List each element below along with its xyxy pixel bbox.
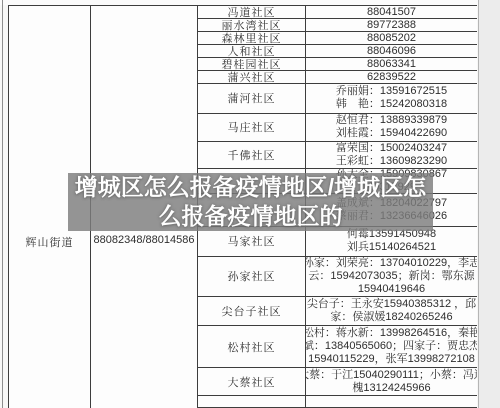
- contact-line: 88063341: [367, 58, 416, 70]
- community-contact-cell: 大蔡：于江15040290111；小蔡：冯述槐13124245966: [306, 368, 477, 395]
- community-contact-cell: 尖台子：王永安15940385312 ，邱家：侯淑媛18240265246: [306, 297, 477, 325]
- table-row: 松村社区松村：蒋水新：13998264516，秦艳斌：13840565060；四…: [198, 326, 477, 369]
- community-contact-cell: 89772388: [306, 19, 477, 31]
- community-contact-cell: 松村：蒋水新：13998264516，秦艳斌：13840565060；四家子：贾…: [306, 326, 477, 368]
- table-row: 千佛社区富荣国：15002403247王彩虹：13609823290: [198, 142, 477, 169]
- community-name-cell: 孙家社区: [198, 257, 306, 296]
- page-left-border: [2, 0, 3, 408]
- contact-line: 松村：蒋水新：13998264516，秦艳: [306, 327, 477, 340]
- street-phone: 88082348/88014586: [91, 234, 197, 246]
- community-contact-cell: 88085202: [306, 32, 477, 44]
- table-row: [198, 396, 477, 408]
- contact-line: 斌：13840565060；四家子：贾忠杰: [306, 340, 477, 353]
- community-name-cell: 大蔡社区: [198, 368, 306, 395]
- table-row: 大蔡社区大蔡：于江15040290111；小蔡：冯述槐13124245966: [198, 368, 477, 396]
- community-name-cell: 蒲兴社区: [198, 71, 306, 83]
- community-name-cell: 蒲河社区: [198, 84, 306, 113]
- community-name-cell: 马庄社区: [198, 114, 306, 141]
- contact-line: 富荣国：15002403247: [336, 142, 447, 155]
- page-right-margin: [478, 0, 500, 408]
- contact-line: 刘兵15140264521: [347, 241, 436, 254]
- community-name-cell: 千佛社区: [198, 142, 306, 168]
- contact-line: 尖台子：王永安15940385312 ，邱: [307, 298, 476, 311]
- community-contact-cell: [306, 396, 477, 407]
- watermark-text-line1: 增城区怎么报备疫情地区/增城区怎: [75, 173, 426, 202]
- community-contact-cell: 孙家：刘荣亮：13704010229，李志云：15942073035；新岗：鄂东…: [306, 257, 477, 296]
- table-row: 尖台子社区尖台子：王永安15940385312 ，邱家：侯淑媛182402652…: [198, 297, 477, 326]
- contact-line: 89772388: [367, 19, 416, 31]
- street-name: 辉山街道: [9, 234, 90, 250]
- watermark-banner: 增城区怎么报备疫情地区/增城区怎 么报备疫情地区的: [68, 173, 433, 231]
- contact-line: 家：侯淑媛18240265246: [330, 311, 452, 324]
- screenshot-root: 辉山街道 88082348/88014586 冯道社区88041507丽水湾社区…: [0, 0, 500, 408]
- contact-line: 王彩虹：13609823290: [336, 155, 447, 168]
- contact-line: 大蔡：于江15040290111；小蔡：冯述: [306, 369, 477, 382]
- contact-line: 88041507: [367, 6, 416, 18]
- community-contact-cell: 赵恒君：13889339879刘桂霞：15940422690: [306, 114, 477, 141]
- table-row: 蒲兴社区62839522: [198, 71, 477, 84]
- table-row: 马庄社区赵恒君：13889339879刘桂霞：15940422690: [198, 114, 477, 142]
- contact-line: 槐13124245966: [352, 382, 430, 395]
- contact-line: 15940419646: [358, 283, 425, 296]
- community-name-cell: 尖台子社区: [198, 297, 306, 325]
- community-contact-cell: 富荣国：15002403247王彩虹：13609823290: [306, 142, 477, 168]
- contact-line: 韩 艳：15242080318: [336, 98, 447, 111]
- community-name-cell: 松村社区: [198, 326, 306, 368]
- watermark-text-line2: 么报备疫情地区的: [159, 202, 343, 231]
- contact-line: 乔丽娟：13591672515: [336, 85, 447, 98]
- contact-line: 刘桂霞：15940422690: [336, 127, 447, 140]
- community-name-cell: [198, 396, 306, 407]
- contact-line: 赵恒君：13889339879: [336, 114, 447, 127]
- table-row: 蒲河社区乔丽娟：13591672515韩 艳：15242080318: [198, 84, 477, 114]
- contact-line: 云：15942073035；新岗：鄂东源: [308, 270, 474, 283]
- contact-line: 88085202: [367, 32, 416, 44]
- community-contact-cell: 88041507: [306, 6, 477, 18]
- community-contact-cell: 何霉13591450948刘兵15140264521: [306, 227, 477, 256]
- community-contact-cell: 88063341: [306, 58, 477, 70]
- contact-line: 15940115229，张军13998272108: [308, 353, 475, 366]
- table-row: 马家社区何霉13591450948刘兵15140264521: [198, 227, 477, 257]
- community-contact-cell: 62839522: [306, 71, 477, 83]
- community-name-cell: 马家社区: [198, 227, 306, 256]
- community-contact-cell: 88046096: [306, 45, 477, 57]
- contact-line: 孙家：刘荣亮：13704010229，李志: [306, 257, 477, 270]
- community-contact-cell: 乔丽娟：13591672515韩 艳：15242080318: [306, 84, 477, 113]
- contact-line: 88046096: [367, 45, 416, 57]
- contact-line: 62839522: [367, 71, 416, 83]
- table-row: 孙家社区孙家：刘荣亮：13704010229，李志云：15942073035；新…: [198, 257, 477, 297]
